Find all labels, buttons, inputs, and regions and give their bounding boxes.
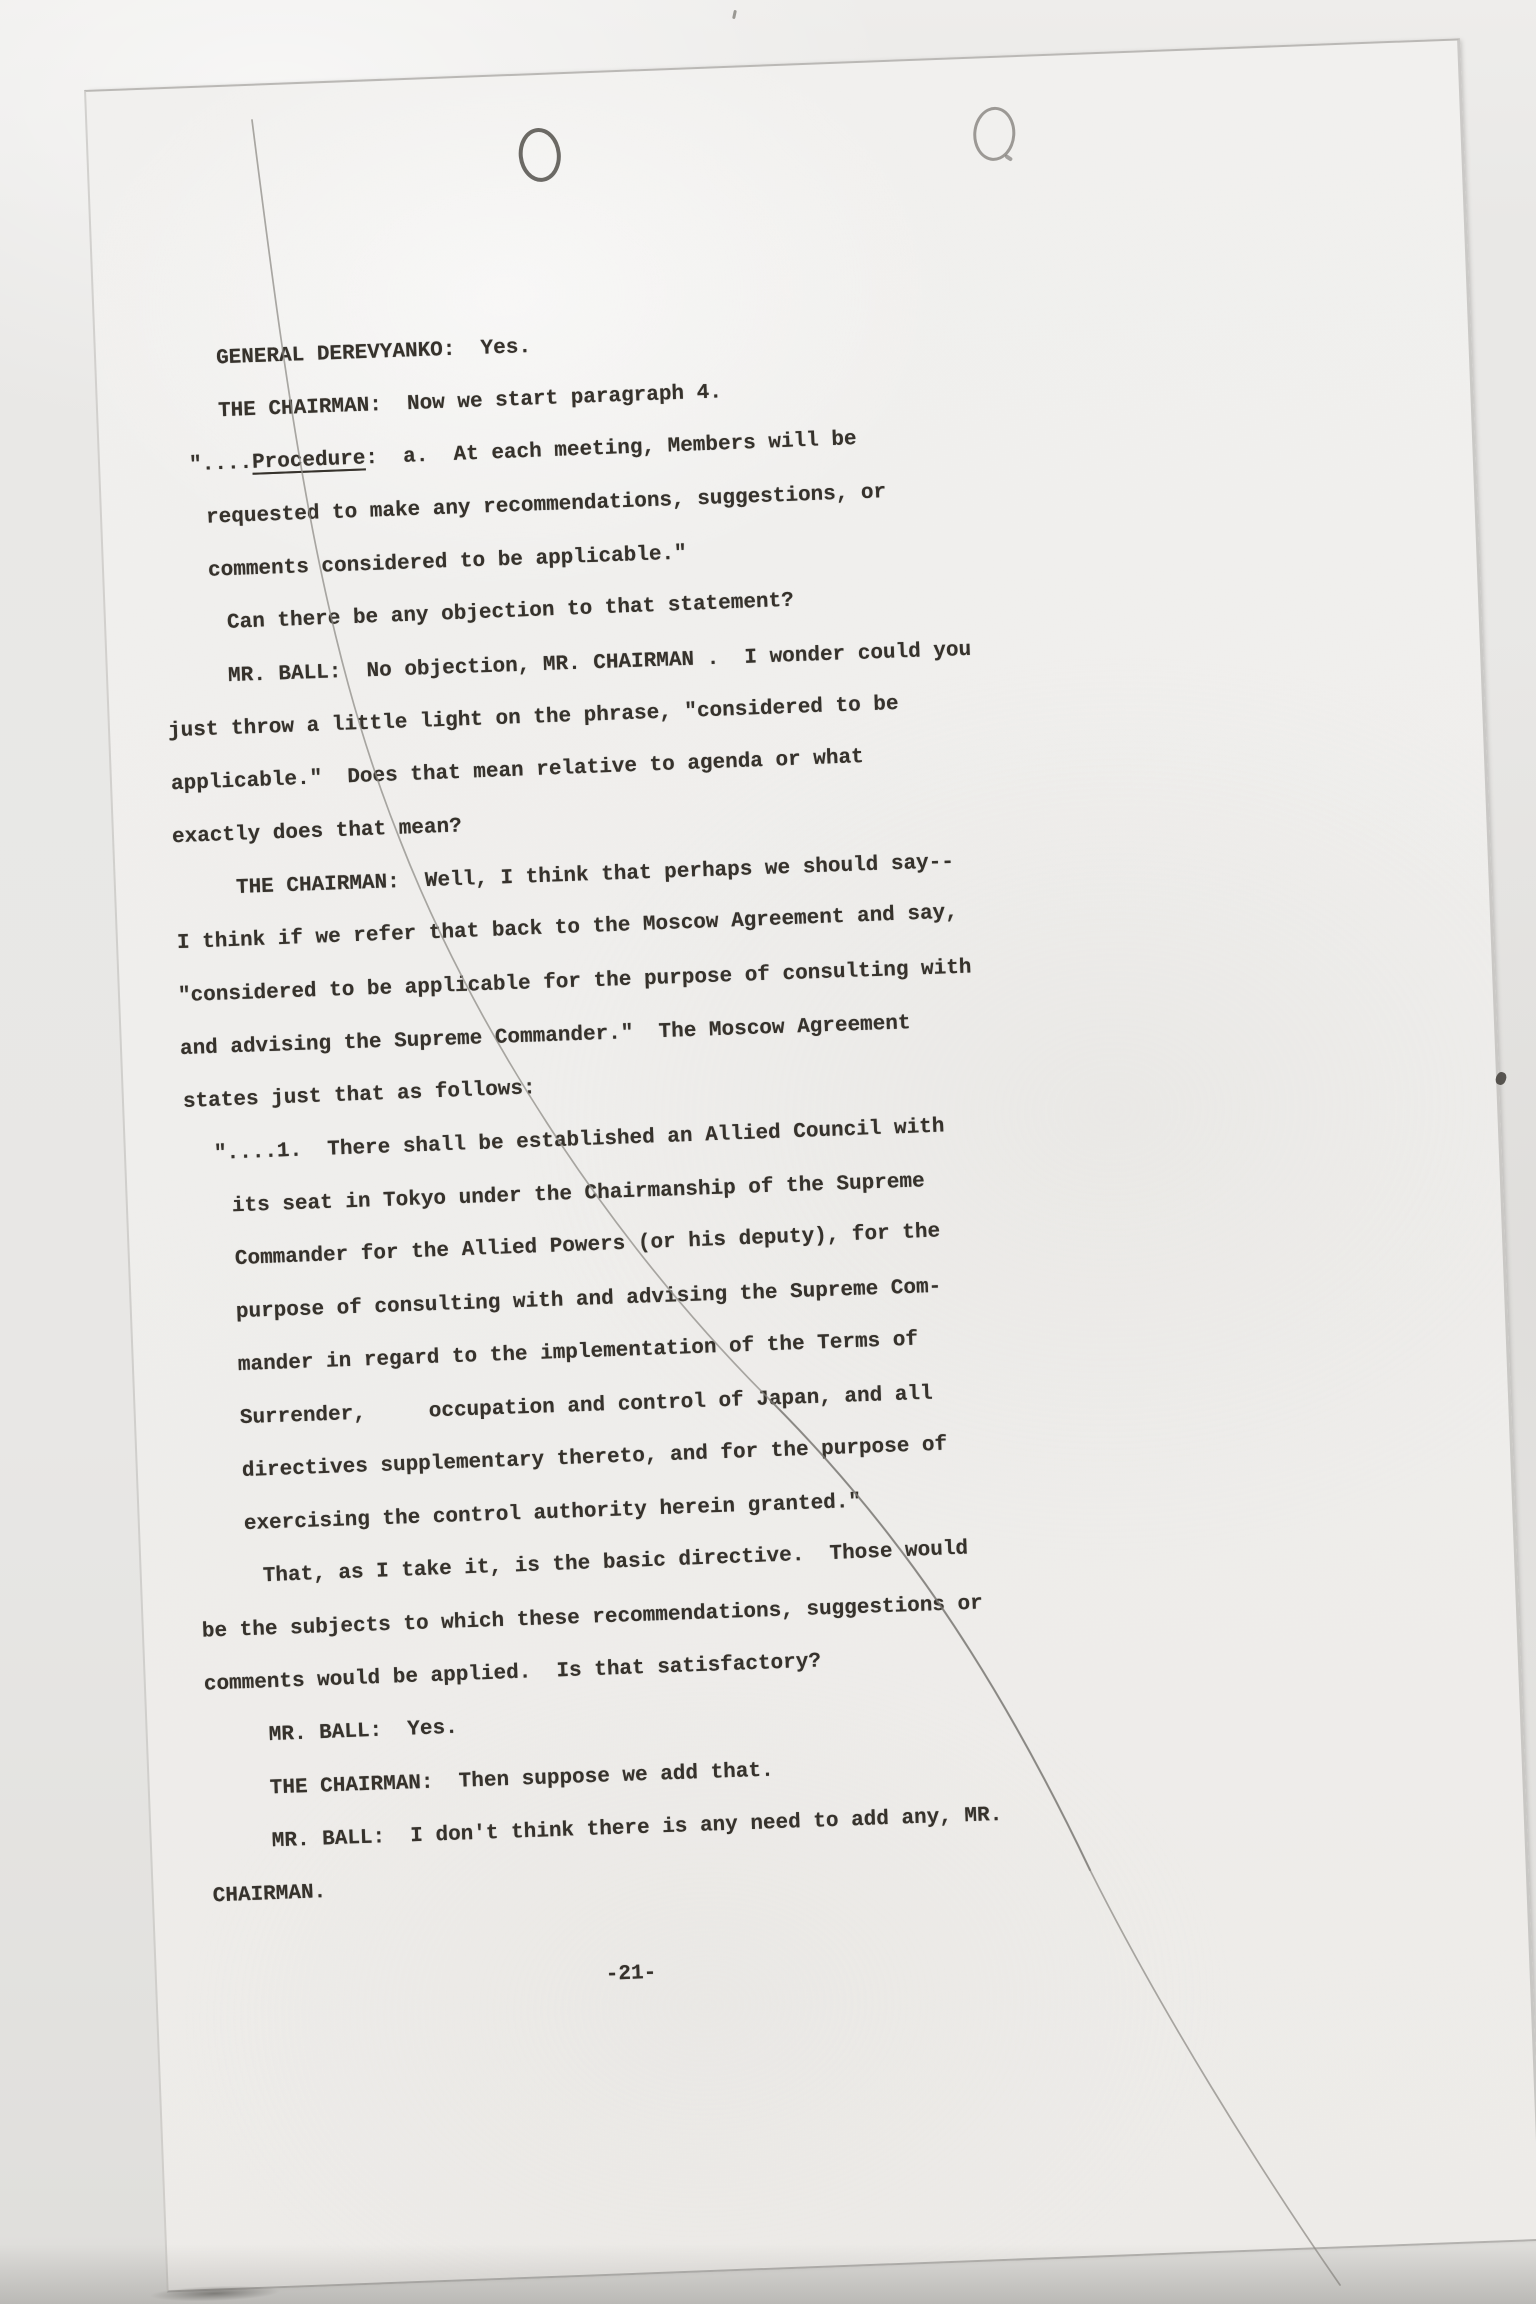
document-text: GENERAL DEREVYANKO: Yes.THE CHAIRMAN: No… xyxy=(153,303,1048,2016)
hole-punch-mark-icon xyxy=(516,126,564,184)
scan-background: GENERAL DEREVYANKO: Yes.THE CHAIRMAN: No… xyxy=(0,0,1536,2304)
document-line-segment: : a. At each meeting, Members will be xyxy=(365,428,857,470)
document-line-segment: ".... xyxy=(189,452,253,477)
page-number: -21- xyxy=(214,1932,1047,2016)
scan-fleck-icon xyxy=(732,10,737,19)
document-line-segment: Procedure xyxy=(252,447,366,474)
document-lines: GENERAL DEREVYANKO: Yes.THE CHAIRMAN: No… xyxy=(153,303,1044,1923)
document-page: GENERAL DEREVYANKO: Yes.THE CHAIRMAN: No… xyxy=(84,38,1536,2292)
hole-punch-mark-icon xyxy=(972,106,1018,163)
scan-edge-shadow xyxy=(0,2244,1536,2304)
